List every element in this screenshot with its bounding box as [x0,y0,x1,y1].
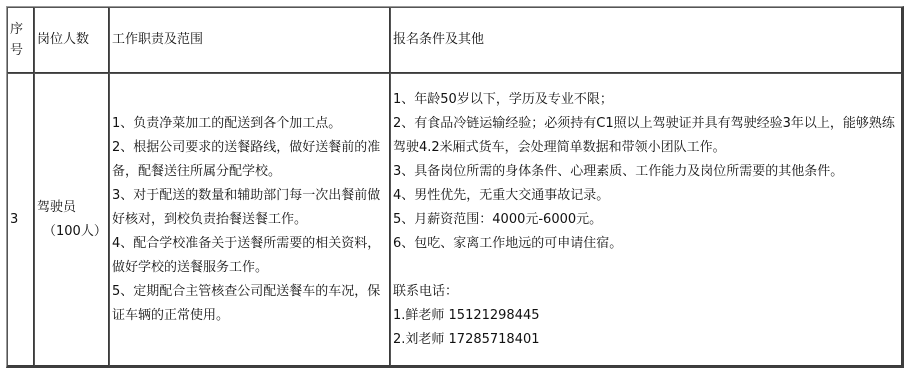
requirement-item: 2、有食品冷链运输经验；必须持有C1照以上驾驶证并具有驾驶经验3年以上，能够熟练… [393,112,899,160]
recruitment-table-container: 序号 岗位人数 工作职责及范围 报名条件及其他 3 驾驶员 （100人） 1、负… [6,6,904,368]
contact-label: 联系电话： [393,280,899,304]
requirement-item: 3、具备岗位所需的身体条件、心理素质、工作能力及岗位所需要的其他条件。 [393,160,899,184]
header-requirements: 报名条件及其他 [390,7,902,73]
header-duties: 工作职责及范围 [109,7,390,73]
requirement-item: 5、月薪资范围：4000元-6000元。 [393,208,899,232]
position-title: 驾驶员 [37,196,106,220]
duty-item: 4、配合学校准备关于送餐所需要的相关资料，做好学校的送餐服务工作。 [112,232,387,280]
requirement-item: 6、包吃、家离工作地远的可申请住宿。 [393,232,899,256]
position-count: （100人） [37,220,106,244]
spacer [393,256,899,280]
duty-item: 2、根据公司要求的送餐路线，做好送餐前的准备，配餐送往所属分配学校。 [112,136,387,184]
requirement-item: 1、年龄50岁以下，学历及专业不限； [393,88,899,112]
row-requirements: 1、年龄50岁以下，学历及专业不限； 2、有食品冷链运输经验；必须持有C1照以上… [390,73,902,366]
header-position: 岗位人数 [34,7,109,73]
requirement-item: 4、男性优先，无重大交通事故记录。 [393,184,899,208]
row-position: 驾驶员 （100人） [34,73,109,366]
duty-item: 3、对于配送的数量和辅助部门每一次出餐前做好核对，到校负责抬餐送餐工作。 [112,184,387,232]
contact-person: 1.鲜老师 15121298445 [393,304,899,328]
header-index: 序号 [7,7,34,73]
row-index: 3 [7,73,34,366]
contact-person: 2.刘老师 17285718401 [393,328,899,352]
duty-item: 1、负责净菜加工的配送到各个加工点。 [112,112,387,136]
row-duties: 1、负责净菜加工的配送到各个加工点。 2、根据公司要求的送餐路线，做好送餐前的准… [109,73,390,366]
recruitment-table: 序号 岗位人数 工作职责及范围 报名条件及其他 3 驾驶员 （100人） 1、负… [7,7,902,366]
table-header-row: 序号 岗位人数 工作职责及范围 报名条件及其他 [7,7,902,73]
table-row: 3 驾驶员 （100人） 1、负责净菜加工的配送到各个加工点。 2、根据公司要求… [7,73,902,366]
duty-item: 5、定期配合主管核查公司配送餐车的车况，保证车辆的正常使用。 [112,280,387,328]
